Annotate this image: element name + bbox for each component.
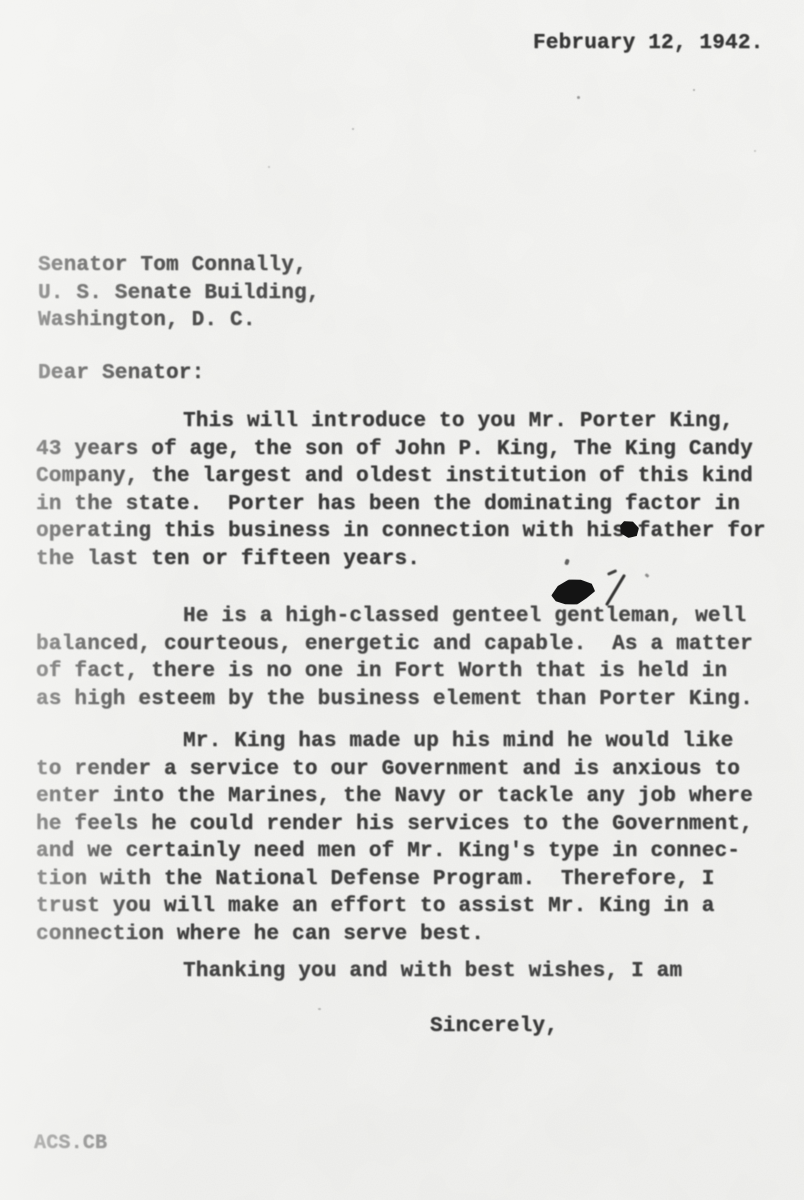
scan-noise-texture — [0, 0, 804, 1200]
dust-speck — [577, 96, 580, 99]
dust-speck — [352, 128, 354, 130]
dust-speck — [268, 166, 270, 168]
reference-initials: ACS.CB — [34, 1130, 107, 1158]
left-margin-fade — [0, 0, 804, 1200]
body-paragraph-1: This will introduce to you Mr. Porter Ki… — [36, 408, 766, 573]
recipient-address: Senator Tom Connally, U. S. Senate Build… — [38, 252, 320, 335]
signoff: Sincerely, — [430, 1013, 558, 1041]
dust-speck — [693, 89, 695, 91]
date-line: February 12, 1942. — [533, 30, 763, 58]
dust-speck — [754, 150, 756, 152]
letter-page: February 12, 1942. Senator Tom Connally,… — [0, 0, 804, 1200]
dust-speck — [318, 1008, 321, 1010]
dust-speck — [645, 573, 650, 578]
dust-speck — [138, 700, 140, 702]
body-paragraph-2: He is a high-classed genteel gentleman, … — [36, 603, 753, 713]
pen-slash-mark — [605, 574, 626, 606]
salutation: Dear Senator: — [38, 360, 204, 388]
body-paragraph-3: Mr. King has made up his mind he would l… — [36, 728, 753, 948]
closing-line: Thanking you and with best wishes, I am — [36, 958, 682, 986]
